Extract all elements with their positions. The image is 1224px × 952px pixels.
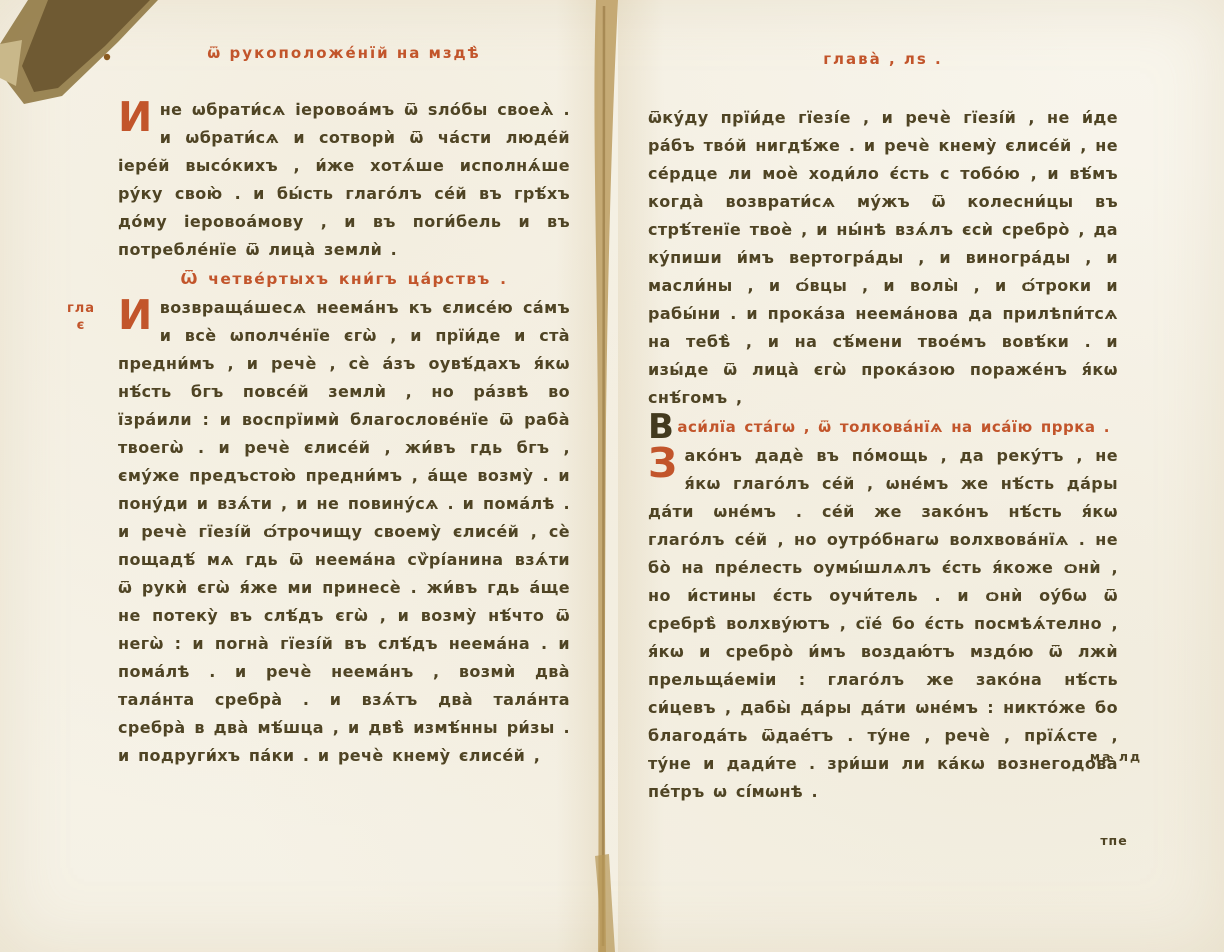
- heading-initial: В: [648, 407, 677, 447]
- chapter-margin-number: є: [58, 317, 104, 334]
- paragraph-text: ѿку́ду прїи́де гїезі́е , и речѐ гїезі́й …: [648, 108, 1118, 407]
- quire-signature: тпе: [1092, 832, 1136, 849]
- right-running-title: глава̀ , лѕ .: [648, 50, 1118, 68]
- paragraph-text: не ѡбрати́сѧ іеровоа́мъ ѿ ѕло́бы своеѧ̀ …: [118, 100, 570, 259]
- drop-cap-initial: И: [118, 294, 160, 334]
- section-heading-basil: Васи́лїа ста́гѡ , ѿ толкова́нїѧ на иса́ї…: [648, 412, 1118, 442]
- paragraph-text: ако́нъ дадѐ въ по́мощь , да реку́тъ , не…: [648, 446, 1118, 801]
- left-paragraph-1: Ине ѡбрати́сѧ іеровоа́мъ ѿ ѕло́бы своеѧ̀…: [118, 96, 570, 264]
- left-paragraph-2: Ивозвраща́шесѧ неема́нъ къ єлисе́ю са́мъ…: [118, 294, 570, 770]
- section-heading-kings: Ѿ четве́ртыхъ кни́гъ ца́рствъ .: [118, 264, 570, 294]
- scripture-margin-reference: ма лд: [1086, 748, 1146, 765]
- drop-cap-initial: З: [648, 442, 685, 482]
- left-running-title: ѿ рукоположе́нїй на мздѣ̀: [118, 44, 570, 62]
- drop-cap-initial: И: [118, 96, 160, 136]
- left-page-body: Ине ѡбрати́сѧ іеровоа́мъ ѿ ѕло́бы своеѧ̀…: [118, 96, 570, 770]
- book-spread: ѿ рукоположе́нїй на мздѣ̀ Ине ѡбрати́сѧ …: [0, 0, 1224, 952]
- heading-text: аси́лїа ста́гѡ , ѿ толкова́нїѧ на иса́їю…: [677, 418, 1110, 436]
- right-continuation-paragraph: ѿку́ду прїи́де гїезі́е , и речѐ гїезі́й …: [648, 104, 1118, 412]
- right-page-body: ѿку́ду прїи́де гїезі́е , и речѐ гїезі́й …: [648, 104, 1118, 806]
- paragraph-text: возвраща́шесѧ неема́нъ къ єлисе́ю са́мъ …: [118, 298, 570, 765]
- chapter-margin-note: гла є: [58, 300, 104, 334]
- ink-dot: [104, 54, 110, 60]
- chapter-margin-label: гла: [58, 300, 104, 317]
- right-paragraph: Зако́нъ дадѐ въ по́мощь , да реку́тъ , н…: [648, 442, 1118, 806]
